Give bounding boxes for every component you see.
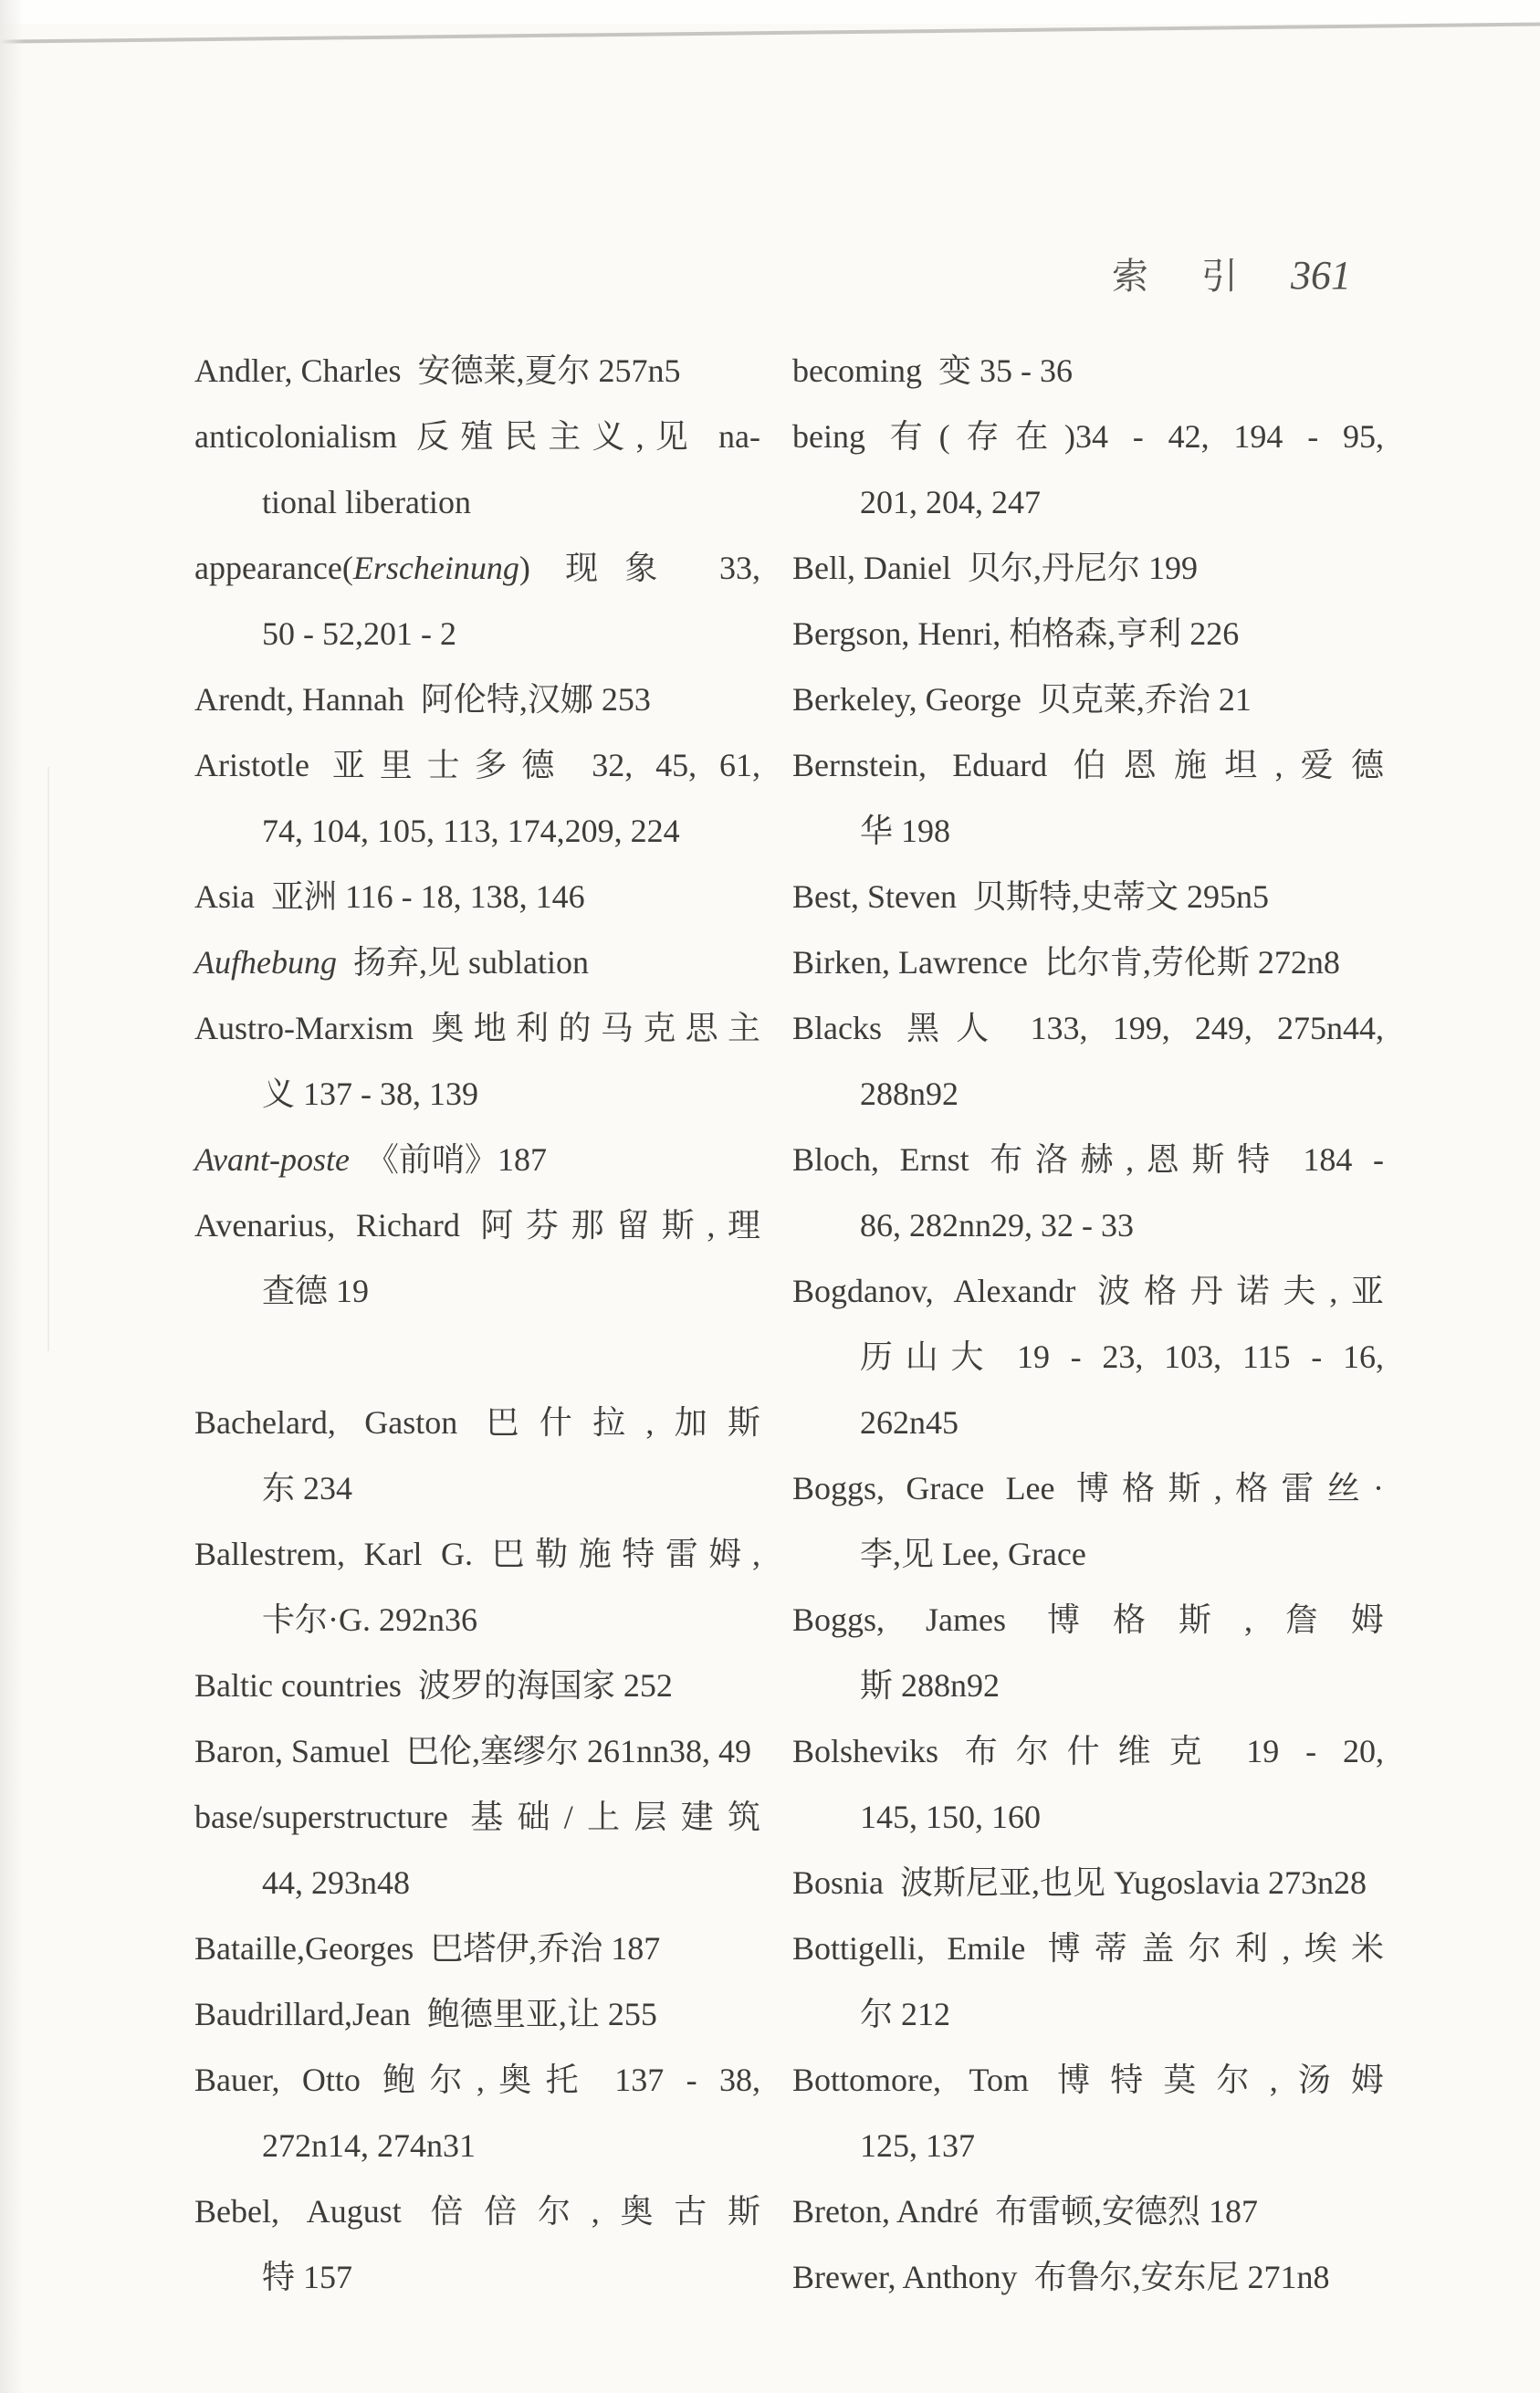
- index-column-right: becoming 变 35 - 36being 有(存在)34 - 42, 19…: [792, 338, 1384, 2310]
- index-entry-line: Bauer, Otto 鲍尔,奥托 137 - 38,: [194, 2047, 760, 2113]
- index-entry-line: 288n92: [792, 1061, 1384, 1127]
- index-entry-line: Baron, Samuel 巴伦,塞缪尔 261nn38, 49: [194, 1718, 760, 1784]
- index-entry-line: 李,见 Lee, Grace: [792, 1521, 1384, 1587]
- index-entry-line: anticolonialism 反殖民主义,见 na-: [194, 404, 760, 469]
- index-entry-line: Best, Steven 贝斯特,史蒂文 295n5: [792, 864, 1384, 929]
- index-entry-line: 尔 212: [792, 1981, 1384, 2047]
- index-entry-line: Ballestrem, Karl G. 巴勒施特雷姆,: [194, 1521, 760, 1587]
- index-entry-line: 145, 150, 160: [792, 1784, 1384, 1850]
- index-entry-line: Bachelard, Gaston 巴什拉,加斯: [194, 1390, 760, 1455]
- index-entry-line: Aristotle 亚里士多德 32, 45, 61,: [194, 732, 760, 798]
- page-edge-shadow: [0, 0, 24, 2393]
- page-crease: [47, 767, 49, 1351]
- index-entry-line: Baltic countries 波罗的海国家 252: [194, 1653, 760, 1718]
- index-entry-line: 华 198: [792, 798, 1384, 864]
- index-entry-line: 44, 293n48: [194, 1850, 760, 1915]
- index-entry-line: Bottomore, Tom 博特莫尔,汤姆: [792, 2047, 1384, 2113]
- index-entry-line: Brewer, Anthony 布鲁尔,安东尼 271n8: [792, 2244, 1384, 2310]
- index-entry-line: Birken, Lawrence 比尔肯,劳伦斯 272n8: [792, 929, 1384, 995]
- index-entry-line: Blacks 黑人 133, 199, 249, 275n44,: [792, 995, 1384, 1061]
- index-entry-line: 50 - 52,201 - 2: [194, 601, 760, 666]
- index-entry-line: Breton, André 布雷顿,安德烈 187: [792, 2178, 1384, 2244]
- index-entry-line: base/superstructure 基础/上层建筑: [194, 1784, 760, 1850]
- index-entry-line: Avant-poste 《前哨》187: [194, 1127, 760, 1192]
- index-entry-line: Bloch, Ernst 布洛赫,恩斯特 184 -: [792, 1127, 1384, 1192]
- index-entry-line: Bell, Daniel 贝尔,丹尼尔 199: [792, 535, 1384, 601]
- page-top-strip: [0, 0, 1540, 24]
- index-column-left: Andler, Charles 安德莱,夏尔 257n5anticolonial…: [194, 338, 760, 2310]
- index-entry-line: tional liberation: [194, 469, 760, 535]
- header-page-number: 361: [1291, 253, 1351, 298]
- index-entry-line: Bebel, August 倍倍尔,奥古斯: [194, 2178, 760, 2244]
- index-entry-line: 历山大 19 - 23, 103, 115 - 16,: [792, 1324, 1384, 1390]
- section-gap: [194, 1324, 760, 1390]
- index-entry-line: Bogdanov, Alexandr 波格丹诺夫,亚: [792, 1258, 1384, 1324]
- index-entry-line: Baudrillard,Jean 鲍德里亚,让 255: [194, 1981, 760, 2047]
- index-entry-line: 262n45: [792, 1390, 1384, 1455]
- index-entry-line: 125, 137: [792, 2113, 1384, 2178]
- index-entry-line: 201, 204, 247: [792, 469, 1384, 535]
- index-entry-line: 特 157: [194, 2244, 760, 2310]
- index-entry-line: Austro-Marxism 奥地利的马克思主: [194, 995, 760, 1061]
- index-entry-line: Berkeley, George 贝克莱,乔治 21: [792, 666, 1384, 732]
- index-entry-line: 卡尔·G. 292n36: [194, 1587, 760, 1653]
- index-entry-line: Andler, Charles 安德莱,夏尔 257n5: [194, 338, 760, 404]
- index-entry-line: becoming 变 35 - 36: [792, 338, 1384, 404]
- index-entry-line: Boggs, Grace Lee 博格斯,格雷丝·: [792, 1455, 1384, 1521]
- page-header: 索 引361: [1094, 205, 1351, 299]
- index-entry-line: 查德 19: [194, 1258, 760, 1324]
- index-entry-line: 74, 104, 105, 113, 174,209, 224: [194, 798, 760, 864]
- index-entry-line: being 有(存在)34 - 42, 194 - 95,: [792, 404, 1384, 469]
- index-entry-line: Arendt, Hannah 阿伦特,汉娜 253: [194, 666, 760, 732]
- index-entry-line: 东 234: [194, 1455, 760, 1521]
- index-entry-line: 斯 288n92: [792, 1653, 1384, 1718]
- scanned-book-page: { "header": { "title": "索 引", "page_numb…: [0, 0, 1540, 2393]
- index-entry-line: Bernstein, Eduard 伯恩施坦,爱德: [792, 732, 1384, 798]
- index-entry-line: Bolsheviks 布尔什维克 19 - 20,: [792, 1718, 1384, 1784]
- index-entry-line: 272n14, 274n31: [194, 2113, 760, 2178]
- index-entry-line: Avenarius, Richard 阿芬那留斯,理: [194, 1192, 760, 1258]
- index-entry-line: Boggs, James 博格斯,詹姆: [792, 1587, 1384, 1653]
- index-entry-line: Bergson, Henri, 柏格森,亨利 226: [792, 601, 1384, 666]
- page-edge-artifact: [0, 22, 1540, 44]
- index-entry-line: appearance(Erscheinung) 现象 33,: [194, 535, 760, 601]
- index-entry-line: Aufhebung 扬弃,见 sublation: [194, 929, 760, 995]
- index-entry-line: 86, 282nn29, 32 - 33: [792, 1192, 1384, 1258]
- index-entry-line: Asia 亚洲 116 - 18, 138, 146: [194, 864, 760, 929]
- index-entry-line: 义 137 - 38, 139: [194, 1061, 760, 1127]
- header-title: 索 引: [1112, 256, 1238, 297]
- index-entry-line: Bottigelli, Emile 博蒂盖尔利,埃米: [792, 1915, 1384, 1981]
- index-entry-line: Bosnia 波斯尼亚,也见 Yugoslavia 273n28: [792, 1850, 1384, 1915]
- index-entry-line: Bataille,Georges 巴塔伊,乔治 187: [194, 1915, 760, 1981]
